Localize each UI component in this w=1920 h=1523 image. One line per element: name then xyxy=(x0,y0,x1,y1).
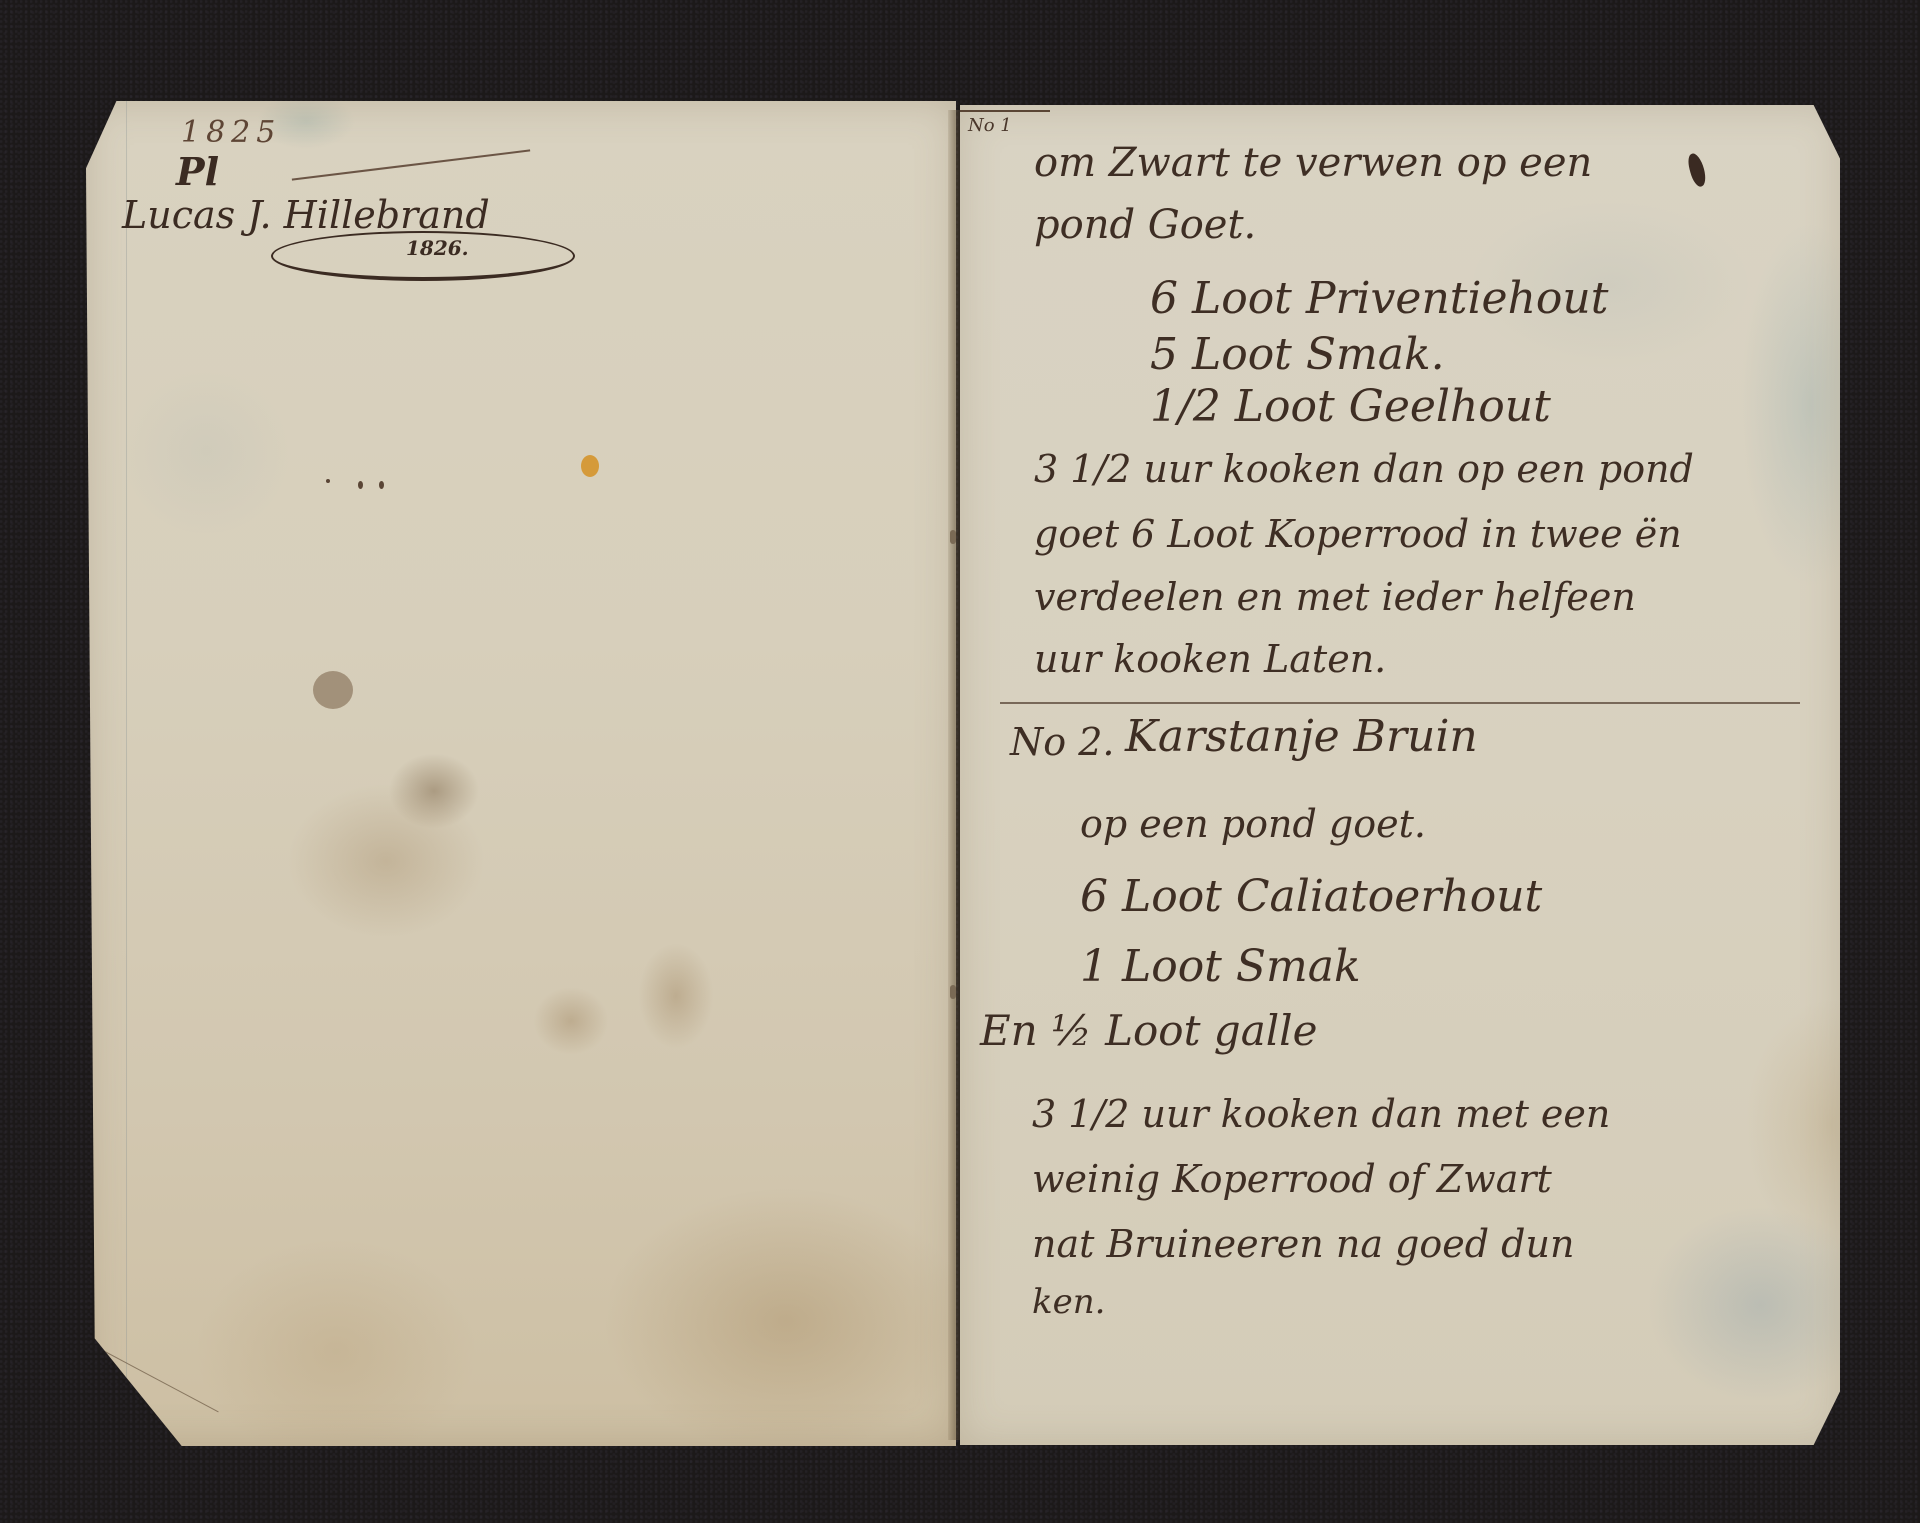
year-annotation: 1825 xyxy=(181,115,281,150)
recipe-1-line: 3 1/2 uur kooken dan op een pond xyxy=(1034,450,1694,488)
recipe-1-ingredient: 1/2 Loot Geelhout xyxy=(1150,385,1551,429)
recipe-2-line: weinig Koperrood of Zwart xyxy=(1032,1160,1552,1198)
recipe-1-ingredient: 5 Loot Smak. xyxy=(1150,333,1445,377)
signature-date: 1826. xyxy=(406,236,469,260)
recipe-1-line: uur kooken Laten. xyxy=(1034,640,1386,678)
recipe-1-line: pond Goet. xyxy=(1034,205,1256,245)
initial-mark: Pl xyxy=(176,149,219,194)
ink-speck xyxy=(358,481,363,489)
recipe-1-line: om Zwart te verwen op een xyxy=(1034,143,1592,183)
recipe-2-ingredient: 1 Loot Smak xyxy=(1080,945,1361,989)
binding-stitch xyxy=(950,985,956,999)
top-rule xyxy=(960,110,1050,112)
recipe-2-number: No 2. xyxy=(1010,723,1114,761)
brown-stain xyxy=(313,671,353,709)
binding-stitch xyxy=(950,530,956,544)
right-page: No 1 om Zwart te verwen op een pond Goet… xyxy=(960,105,1840,1445)
orange-spot xyxy=(581,455,599,477)
book-spine xyxy=(948,110,962,1440)
recipe-2-ingredient: En ½ Loot galle xyxy=(980,1010,1317,1052)
recipe-1-line: verdeelen en met ieder helfeen xyxy=(1034,578,1636,616)
recipe-2-ingredient: 6 Loot Caliatoerhout xyxy=(1080,875,1542,919)
recipe-1-number: No 1 xyxy=(968,117,1012,135)
ink-speck xyxy=(326,479,330,483)
signature-upper-flourish xyxy=(292,149,530,180)
ink-blot xyxy=(1686,152,1708,188)
recipe-1-line: goet 6 Loot Koperrood in twee ën xyxy=(1034,515,1682,553)
left-page: 1825 Pl Lucas J. Hillebrand 1826. xyxy=(86,101,956,1446)
recipe-2-line: ken. xyxy=(1032,1285,1105,1319)
margin-rule xyxy=(126,101,127,1392)
manuscript-spread: 1825 Pl Lucas J. Hillebrand 1826. No 1 o… xyxy=(0,0,1920,1523)
recipe-2-line: op een pond goet. xyxy=(1080,805,1426,843)
recipe-2-line: nat Bruineeren na goed dun xyxy=(1032,1225,1574,1263)
folded-corner-crease xyxy=(86,1341,219,1412)
ink-speck xyxy=(379,481,384,489)
recipe-2-line: 3 1/2 uur kooken dan met een xyxy=(1032,1095,1610,1133)
recipe-divider xyxy=(1000,702,1800,704)
recipe-2-title: Karstanje Bruin xyxy=(1125,715,1478,759)
recipe-1-ingredient: 6 Loot Priventiehout xyxy=(1150,277,1608,321)
